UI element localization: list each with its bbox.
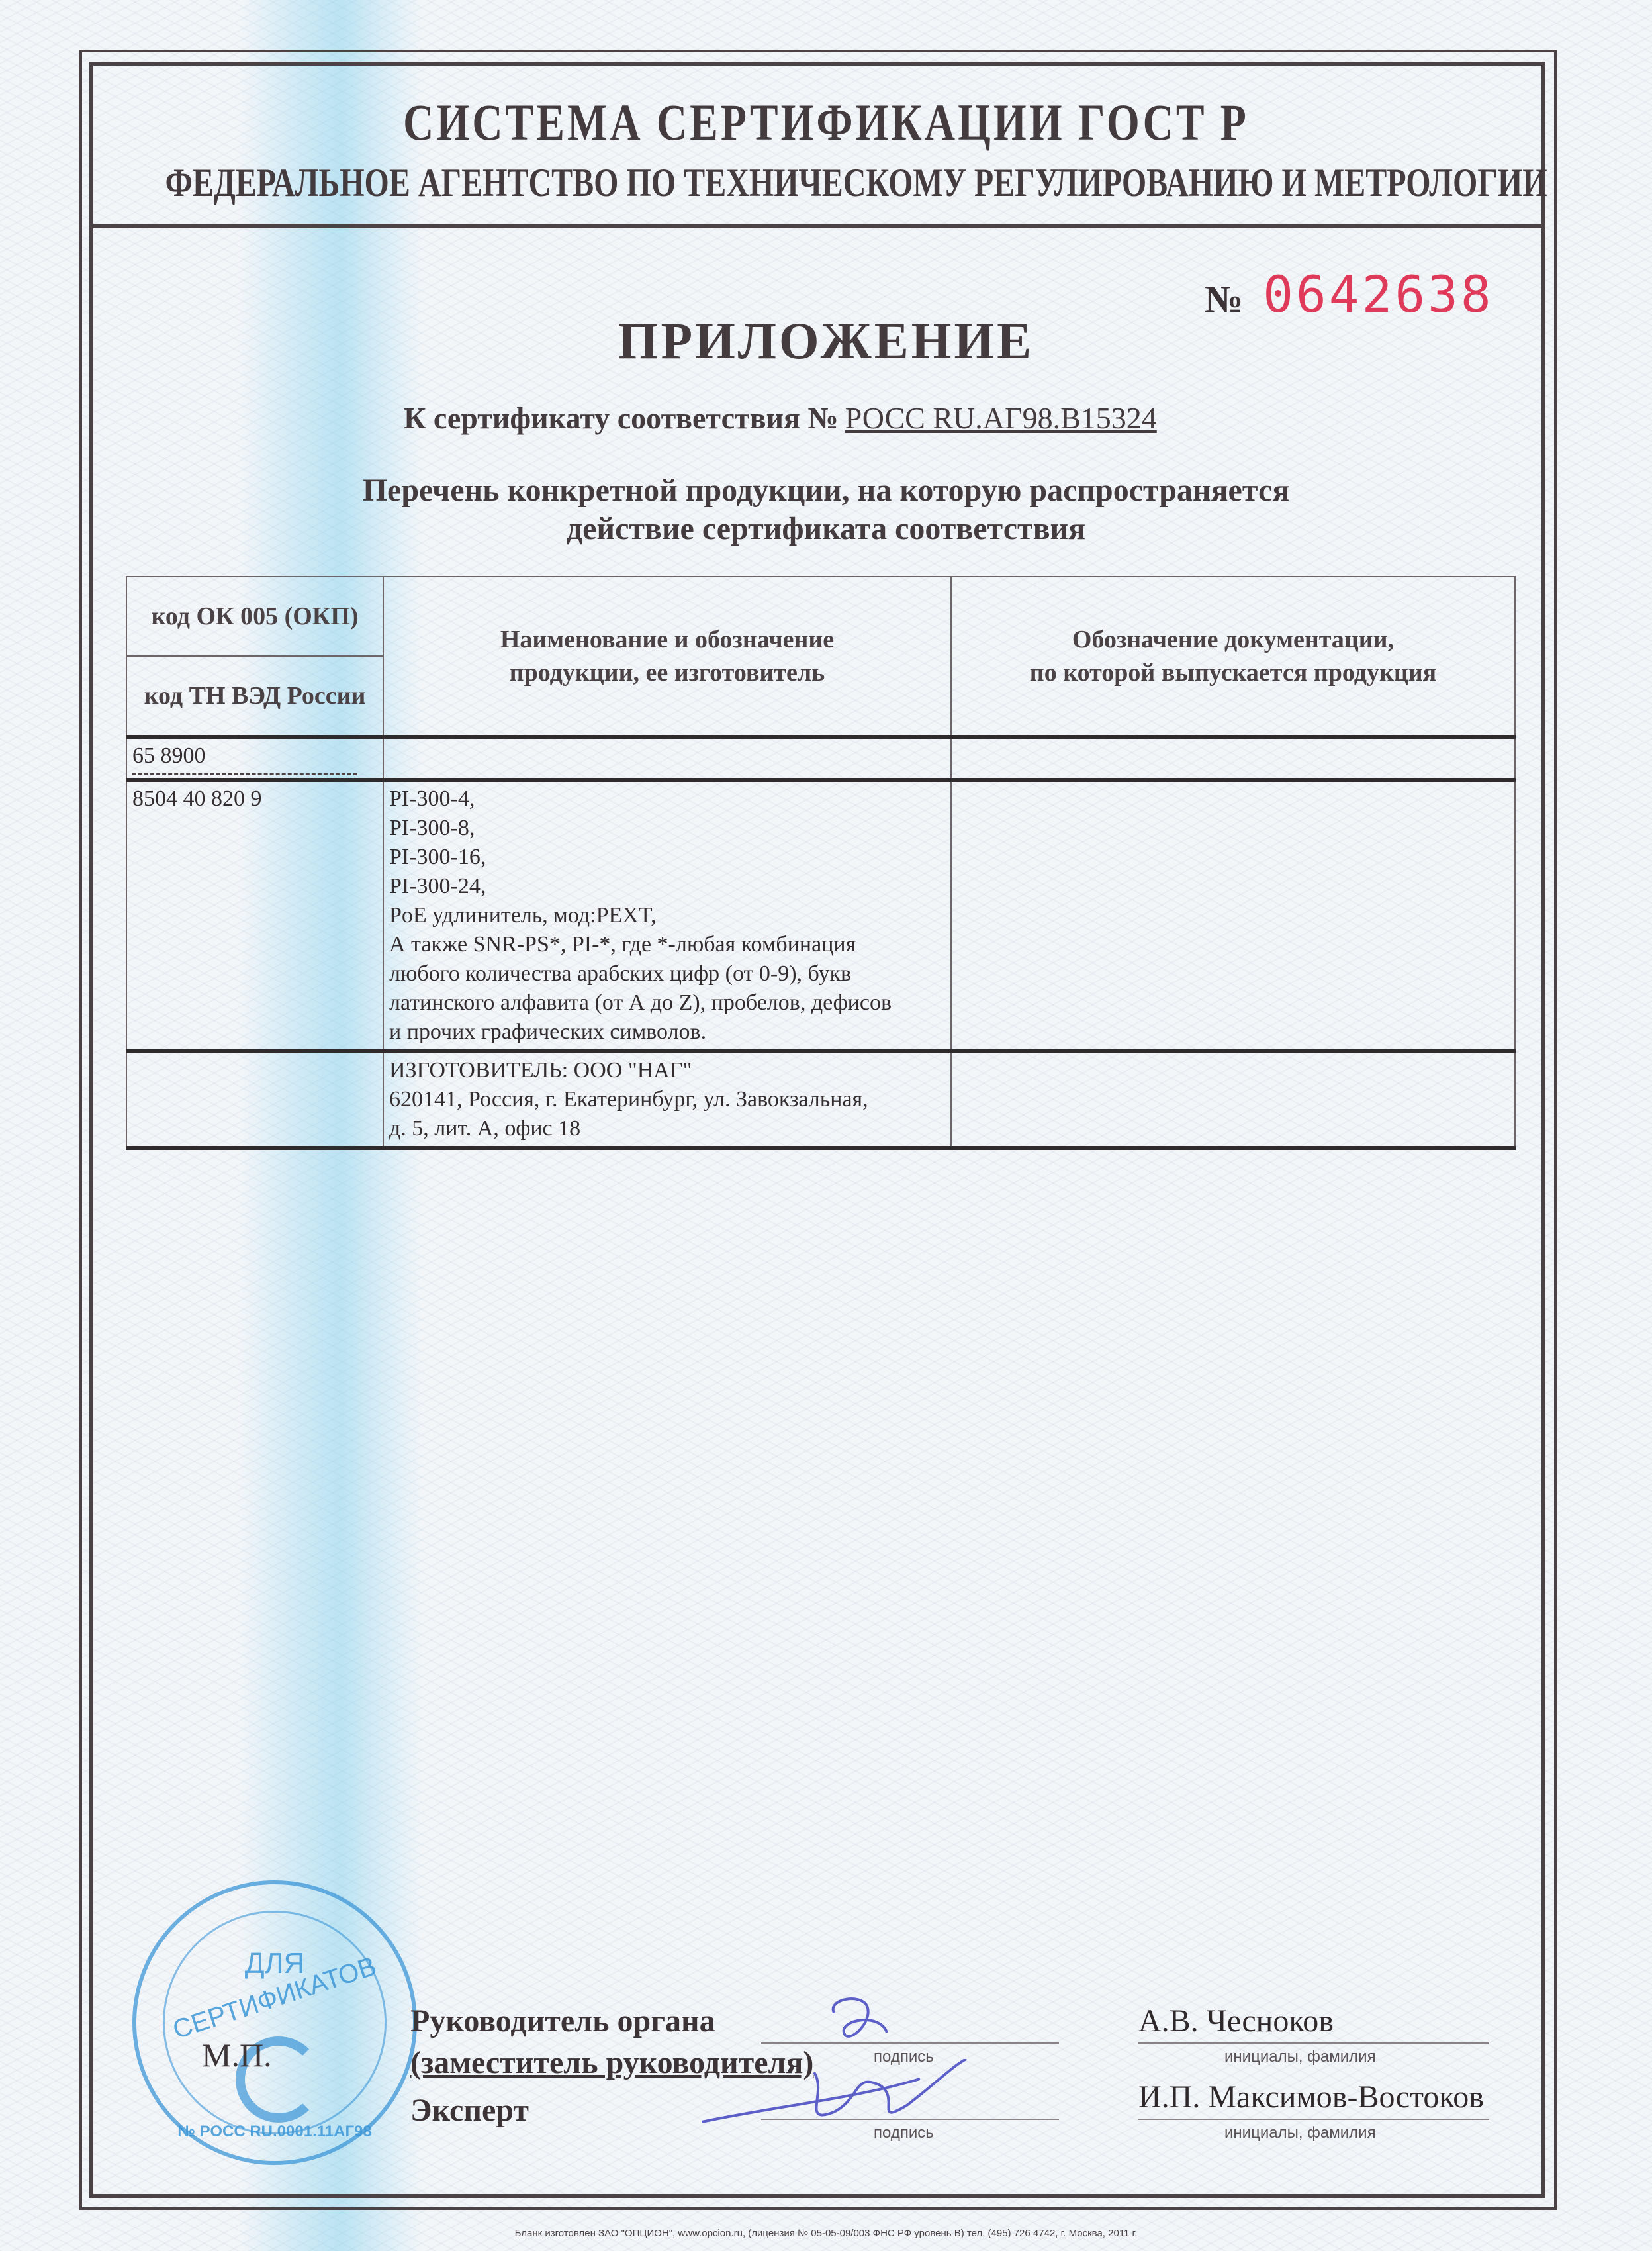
- documentation-cell: [951, 737, 1515, 780]
- expert-signature-icon: [702, 2059, 980, 2132]
- product-line: PI-300-16,: [389, 843, 945, 872]
- header-documentation: Обозначение документации, по которой вып…: [951, 577, 1515, 737]
- expert-name-line: [1138, 2119, 1489, 2120]
- documentation-cell: [951, 1051, 1515, 1148]
- list-title-line-2: действие сертификата соответствия: [0, 510, 1652, 548]
- product-list-title: Перечень конкретной продукции, на котору…: [0, 471, 1652, 548]
- header-documentation-line-2: по которой выпускается продукция: [957, 656, 1509, 689]
- product-line: и прочих графических символов.: [389, 1018, 945, 1047]
- product-name-cell: [383, 737, 951, 780]
- product-line: PoE удлинитель, мод:PEXT,: [389, 901, 945, 930]
- expert-name: И.П. Максимов-Востоков: [1138, 2079, 1484, 2115]
- organization-stamp: ДЛЯ СЕРТИФИКАТОВ № РОСС RU.0001.11АГ98: [132, 1880, 417, 2165]
- product-line: д. 5, лит. А, офис 18: [389, 1114, 945, 1143]
- header-code-tnved: код ТН ВЭД России: [126, 656, 383, 737]
- product-line: ИЗГОТОВИТЕЛЬ: ООО "НАГ": [389, 1056, 945, 1085]
- certificate-reference: К сертификату соответствия №РОСС RU.АГ98…: [404, 401, 1157, 436]
- product-code-cell: 8504 40 820 9: [126, 780, 383, 1051]
- header-product-name-line-2: продукции, ее изготовитель: [389, 656, 945, 689]
- product-code: 65 8900: [132, 742, 377, 771]
- table-row: ИЗГОТОВИТЕЛЬ: ООО "НАГ"620141, Россия, г…: [126, 1051, 1515, 1148]
- head-name-line: [1138, 2042, 1489, 2044]
- product-line: PI-300-24,: [389, 872, 945, 901]
- head-signature-icon: [821, 1993, 900, 2052]
- product-code-cell: [126, 1051, 383, 1148]
- appendix-title: ПРИЛОЖЕНИЕ: [0, 311, 1652, 371]
- stamp-text-bottom: № РОСС RU.0001.11АГ98: [136, 2123, 413, 2141]
- product-line: латинского алфавита (от А до Z), пробело…: [389, 988, 945, 1018]
- header-documentation-line-1: Обозначение документации,: [957, 623, 1509, 656]
- header-code-okp: код ОК 005 (ОКП): [126, 577, 383, 656]
- head-name-caption: инициалы, фамилия: [1224, 2048, 1376, 2066]
- system-title: СИСТЕМА СЕРТИФИКАЦИИ ГОСТ Р: [149, 93, 1504, 152]
- product-code: 8504 40 820 9: [132, 785, 377, 814]
- product-line: 620141, Россия, г. Екатеринбург, ул. Зав…: [389, 1085, 945, 1114]
- expert-name-caption: инициалы, фамилия: [1224, 2124, 1376, 2142]
- product-name-cell: PI-300-4,PI-300-8,PI-300-16,PI-300-24,Po…: [383, 780, 951, 1051]
- seal-place-label: М.П.: [202, 2036, 272, 2074]
- table-row: 65 8900: [126, 737, 1515, 780]
- expert-label: Эксперт: [410, 2092, 529, 2129]
- product-line: А также SNR-PS*, PI-*, где *-любая комби…: [389, 930, 945, 959]
- product-line: PI-300-4,: [389, 785, 945, 814]
- product-line: любого количества арабских цифр (от 0-9)…: [389, 959, 945, 988]
- table-row: 8504 40 820 9PI-300-4,PI-300-8,PI-300-16…: [126, 780, 1515, 1051]
- certificate-ref-label: К сертификату соответствия №: [404, 401, 839, 435]
- documentation-cell: [951, 780, 1515, 1051]
- code-dashed-divider: [132, 773, 357, 775]
- form-printer-footer: Бланк изготовлен ЗАО "ОПЦИОН", www.opcio…: [0, 2228, 1652, 2239]
- header-product-name: Наименование и обозначение продукции, ее…: [383, 577, 951, 737]
- product-name-cell: ИЗГОТОВИТЕЛЬ: ООО "НАГ"620141, Россия, г…: [383, 1051, 951, 1148]
- product-code-cell: 65 8900: [126, 737, 383, 780]
- certificate-ref-value: РОСС RU.АГ98.В15324: [845, 401, 1157, 435]
- head-name: А.В. Чесноков: [1138, 2003, 1334, 2039]
- product-table: код ОК 005 (ОКП) Наименование и обозначе…: [126, 576, 1516, 1150]
- head-signature-line: [761, 2042, 1059, 2044]
- agency-name: ФЕДЕРАЛЬНОЕ АГЕНТСТВО ПО ТЕХНИЧЕСКОМУ РЕ…: [165, 160, 1487, 206]
- product-line: PI-300-8,: [389, 814, 945, 843]
- head-label: Руководитель органа: [410, 2003, 715, 2039]
- header-divider: [89, 224, 1545, 228]
- header-product-name-line-1: Наименование и обозначение: [389, 623, 945, 656]
- list-title-line-1: Перечень конкретной продукции, на котору…: [0, 471, 1652, 510]
